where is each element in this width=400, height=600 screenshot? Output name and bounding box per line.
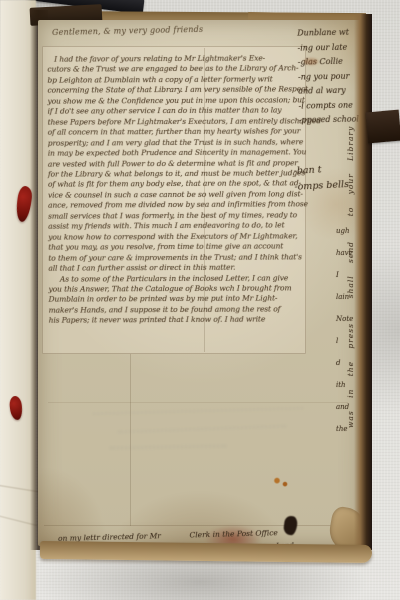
show-through-ghost-writing xyxy=(93,400,303,460)
book-fore-edge xyxy=(354,14,372,550)
letter-body-text: I had the favor of yours relating to Mr … xyxy=(47,53,302,326)
photograph-of-manuscript-volume: Gentlemen, & my very good friends I had … xyxy=(0,0,400,600)
orange-foxing-spots xyxy=(271,475,291,489)
book-bottom-page-edges xyxy=(40,541,372,563)
letter-salutation: Gentlemen, & my very good friends xyxy=(52,24,242,37)
rust-stain xyxy=(304,58,318,65)
dark-strap-right xyxy=(366,110,400,144)
manuscript-page: Gentlemen, & my very good friends I had … xyxy=(38,20,362,546)
